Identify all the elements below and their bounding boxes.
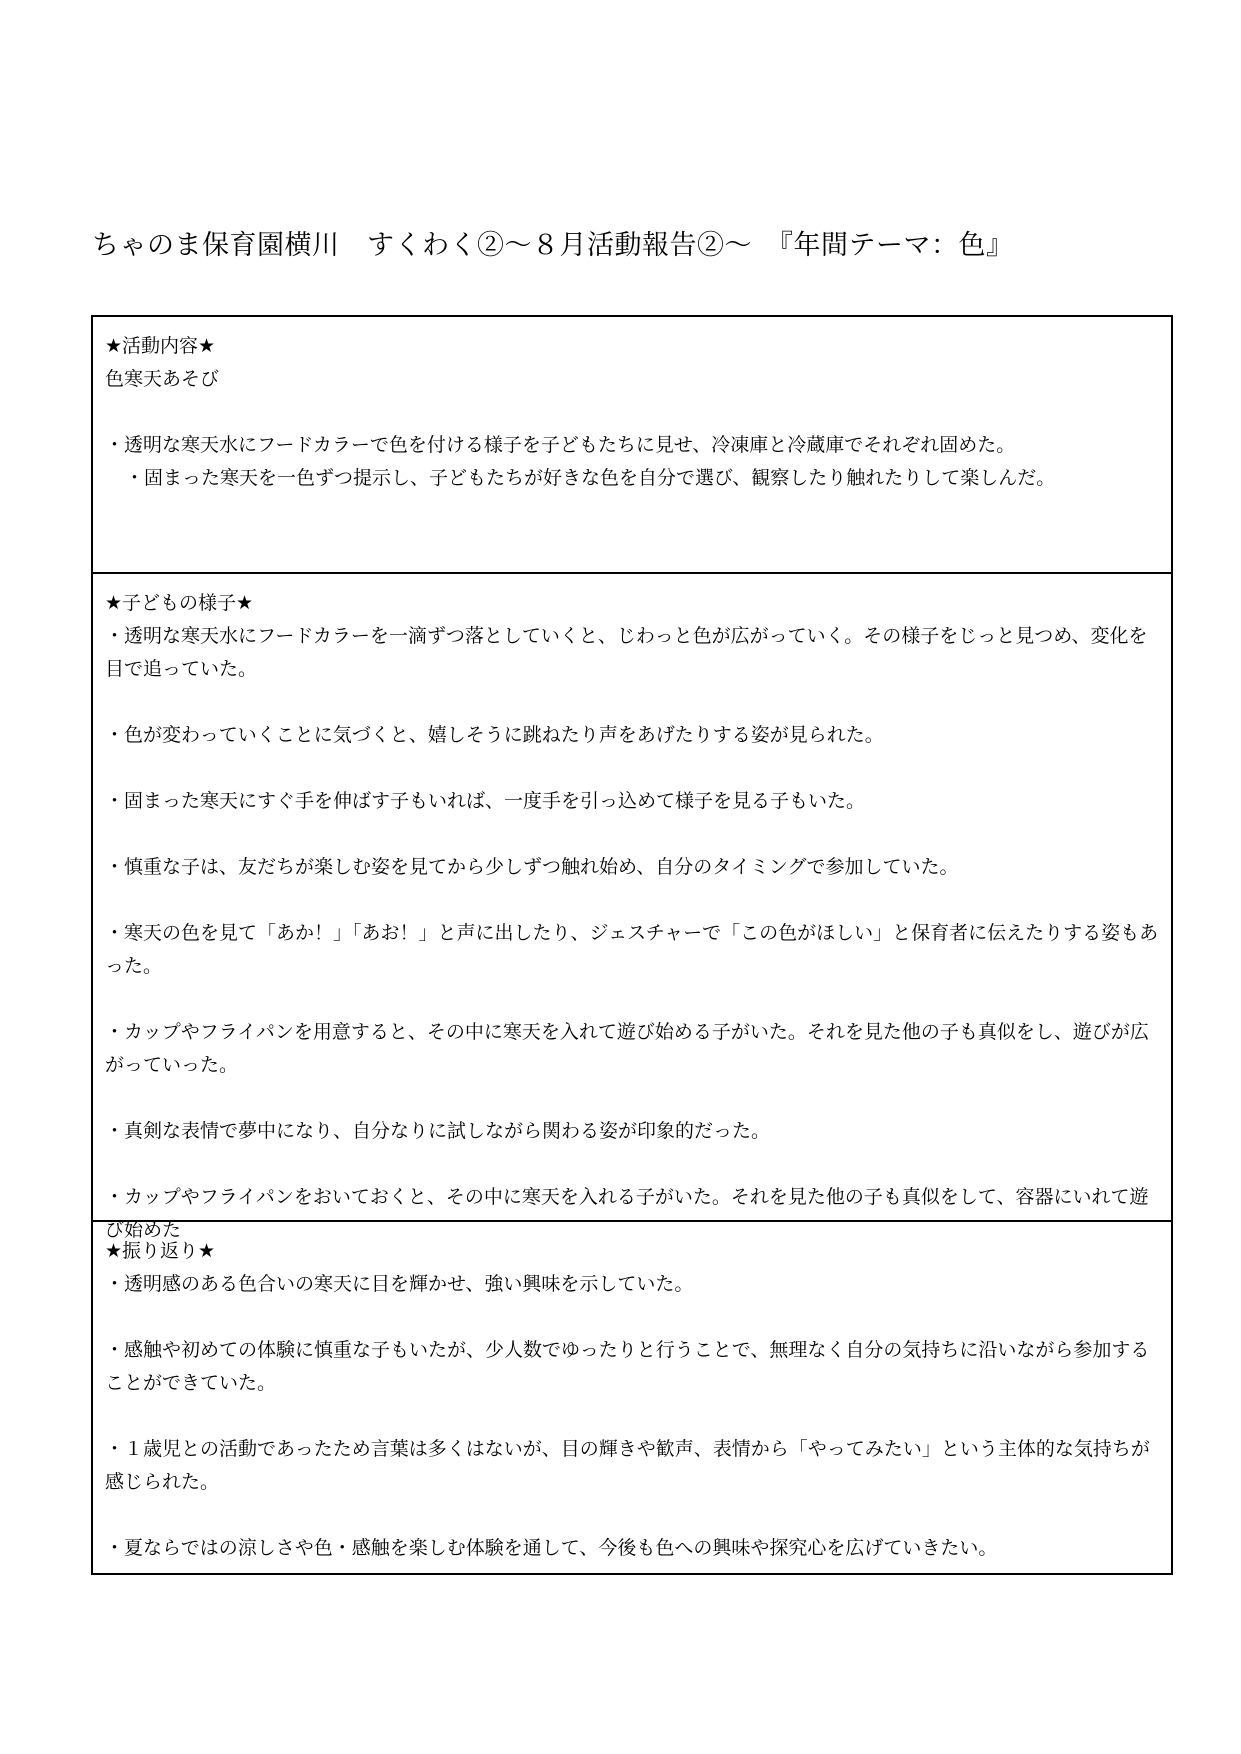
section-heading-children: ★子どもの様子★ (105, 587, 1161, 620)
observation-item: ・透明な寒天水にフードカラーを一滴ずつ落としていくと、じわっと色が広がっていく。… (105, 620, 1161, 686)
reflection-item: ・感触や初めての体験に慎重な子もいたが、少人数でゆったりと行うことで、無理なく自… (105, 1334, 1161, 1400)
spacer (105, 1400, 1161, 1433)
document-title: ちゃのま保育園横川 すくわく②～８月活動報告②～ 『年間テーマ：色』 (92, 226, 1014, 266)
section-reflection: ★振り返り★ ・透明感のある色合いの寒天に目を輝かせ、強い興味を示していた。 ・… (93, 1222, 1171, 1573)
observation-item: ・寒天の色を見て「あか！」「あお！」と声に出したり、ジェスチャーで「この色がほし… (105, 917, 1161, 983)
activity-name: 色寒天あそび (105, 363, 1161, 396)
observation-item: ・固まった寒天にすぐ手を伸ばす子もいれば、一度手を引っ込めて様子を見る子もいた。 (105, 785, 1161, 818)
observation-item: ・慎重な子は、友だちが楽しむ姿を見てから少しずつ触れ始め、自分のタイミングで参加… (105, 851, 1161, 884)
spacer (105, 396, 1161, 429)
observation-item: ・色が変わっていくことに気づくと、嬉しそうに跳ねたり声をあげたりする姿が見られた… (105, 719, 1161, 752)
spacer (105, 752, 1161, 785)
section-activity: ★活動内容★ 色寒天あそび ・透明な寒天水にフードカラーで色を付ける様子を子ども… (93, 317, 1171, 574)
spacer (105, 983, 1161, 1016)
spacer (105, 1082, 1161, 1115)
section-heading-reflection: ★振り返り★ (105, 1235, 1161, 1268)
spacer (105, 818, 1161, 851)
observation-item: ・真剣な表情で夢中になり、自分なりに試しながら関わる姿が印象的だった。 (105, 1115, 1161, 1148)
reflection-item: ・透明感のある色合いの寒天に目を輝かせ、強い興味を示していた。 (105, 1268, 1161, 1301)
observation-item: ・カップやフライパンを用意すると、その中に寒天を入れて遊び始める子がいた。それを… (105, 1016, 1161, 1082)
section-heading-activity: ★活動内容★ (105, 330, 1161, 363)
spacer (105, 1499, 1161, 1532)
spacer (105, 1301, 1161, 1334)
reflection-item: ・夏ならではの涼しさや色・感触を楽しむ体験を通して、今後も色への興味や探究心を広… (105, 1532, 1161, 1565)
spacer (105, 884, 1161, 917)
spacer (105, 686, 1161, 719)
spacer (105, 1148, 1161, 1181)
report-table: ★活動内容★ 色寒天あそび ・透明な寒天水にフードカラーで色を付ける様子を子ども… (91, 315, 1173, 1575)
section-children: ★子どもの様子★ ・透明な寒天水にフードカラーを一滴ずつ落としていくと、じわっと… (93, 574, 1171, 1222)
activity-item: ・透明な寒天水にフードカラーで色を付ける様子を子どもたちに見せ、冷凍庫と冷蔵庫で… (105, 429, 1161, 462)
activity-item: ・固まった寒天を一色ずつ提示し、子どもたちが好きな色を自分で選び、観察したり触れ… (105, 462, 1161, 495)
reflection-item: ・１歳児との活動であったため言葉は多くはないが、目の輝きや歓声、表情から「やって… (105, 1433, 1161, 1499)
